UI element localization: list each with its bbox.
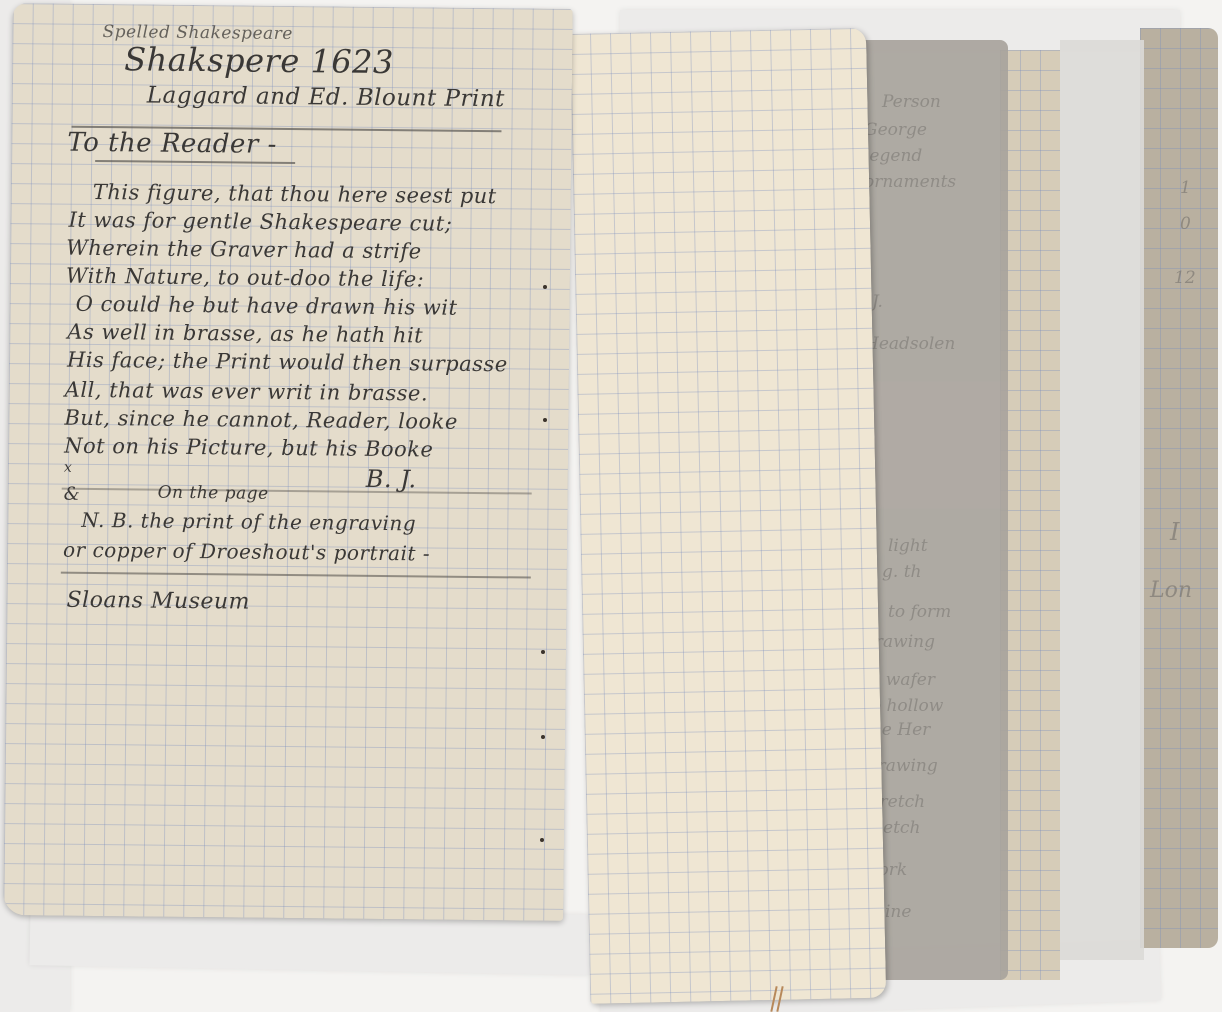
margin-number: 1 [1180, 178, 1191, 198]
faint-text: legend [864, 146, 922, 166]
printers-line: Laggard and Ed. Blount Print [147, 83, 505, 113]
faint-text: J. [872, 292, 883, 312]
blank-grid-page [570, 28, 886, 1004]
note-line: or copper of Droeshout's portrait - [63, 538, 430, 566]
faint-text: g. th [882, 562, 921, 582]
signature: B. J. [366, 465, 417, 494]
binding-stitch [541, 650, 545, 654]
footer-text: Sloans Museum [66, 588, 250, 615]
margin-number: 0 [1180, 214, 1191, 234]
faint-text: to form [888, 602, 951, 622]
margin-mark: & [64, 484, 81, 505]
divider [61, 572, 531, 579]
section-heading: To the Reader - [67, 128, 277, 160]
heading-underline [95, 160, 295, 164]
faint-fragment: I [1170, 518, 1179, 546]
binding-stitch [543, 418, 547, 422]
faint-text: Person [882, 92, 941, 112]
page-stack-edge [1000, 50, 1060, 980]
faint-text: ornaments [864, 172, 956, 192]
note-line: N. B. the print of the engraving [81, 508, 416, 536]
faint-text: George [864, 120, 927, 140]
poem-line: All, that was ever writ in brasse. [65, 378, 429, 406]
binding-stitch [540, 838, 544, 842]
faint-text: Headsolen [864, 334, 955, 354]
poem-line: With Nature, to out-doo the life: [66, 264, 425, 292]
tissue-interleaf [1060, 40, 1144, 960]
faint-fragment: Lon [1150, 578, 1192, 603]
poem-line: It was for gentle Shakespeare cut; [68, 208, 452, 236]
faint-text: light [888, 536, 928, 556]
poem-line: Wherein the Graver had a strife [66, 236, 422, 264]
poem-line: This figure, that thou here seest put [93, 180, 497, 208]
handwritten-page: Spelled Shakespeare Shakspere 1623 Lagga… [3, 3, 573, 921]
poem-line: O could he but have drawn his wit [76, 292, 458, 320]
poem-line: But, since he cannot, Reader, looke [64, 406, 458, 434]
poem-line: Not on his Picture, but his Booke [64, 434, 433, 462]
note-annotation: On the page [158, 483, 269, 504]
binding-stitch [543, 285, 547, 289]
divider [62, 488, 532, 495]
poem-line: His face; the Print would then surpasse [67, 348, 508, 377]
binding-stitch [541, 735, 545, 739]
margin-number: 12 [1174, 268, 1196, 288]
margin-mark: x [64, 460, 73, 476]
back-page: 1 0 12 I Lon [1140, 28, 1218, 948]
notebook-title: Shakspere 1623 [124, 40, 394, 81]
poem-line: As well in brasse, as he hath hit [67, 320, 423, 348]
